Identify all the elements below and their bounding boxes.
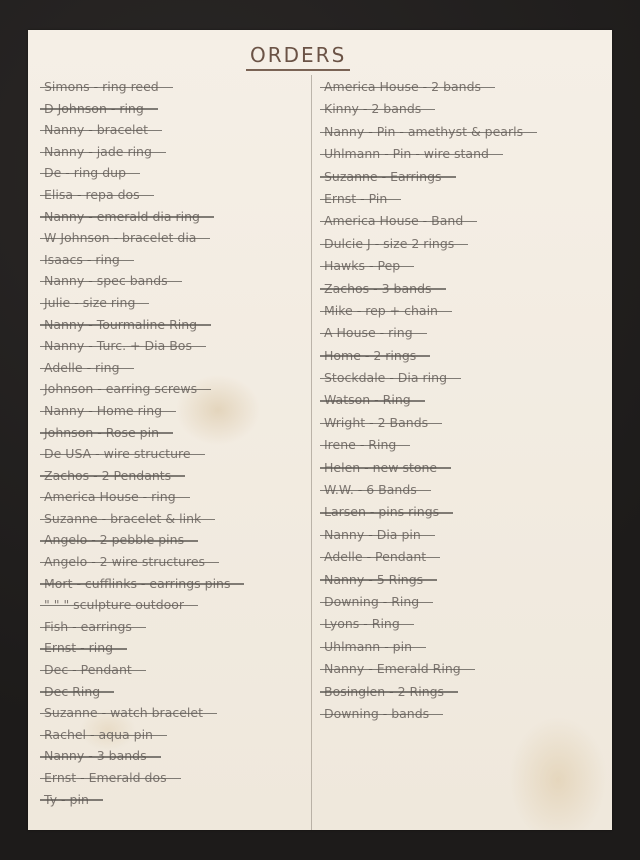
order-entry-text: W Johnson - bracelet dia [44, 230, 202, 245]
order-entry: Angelo - 2 wire structures [44, 551, 306, 573]
order-entry: Elisa - repa dos [44, 184, 306, 206]
order-entry: Suzanne - Earrings [324, 166, 604, 188]
order-entry-text: Lyons - Ring [324, 616, 406, 631]
order-entry: Zachos - 3 bands [324, 278, 604, 300]
order-entry-text: Ty - pin [44, 792, 95, 807]
order-entry-text: Suzanne - watch bracelet [44, 705, 209, 720]
order-entry: Nanny - spec bands [44, 270, 306, 292]
order-entry: Johnson - Rose pin [44, 422, 306, 444]
order-entry: Stockdale - Dia ring [324, 367, 604, 389]
order-entry: Adelle - Pendant [324, 546, 604, 568]
order-entry-text: Hawks - Pep [324, 258, 406, 273]
order-entry-text: " " " sculpture outdoor [44, 597, 190, 612]
order-entry: Ty - pin [44, 789, 306, 811]
order-entry: America House - ring [44, 486, 306, 508]
order-entry-text: Zachos - 3 bands [324, 281, 438, 296]
order-entry-text: Rachel - aqua pin [44, 727, 159, 742]
order-entry: Dulcie J - size 2 rings [324, 233, 604, 255]
order-entry-text: Downing - Ring [324, 594, 425, 609]
order-entry: America House - 2 bands [324, 76, 604, 98]
order-entry: Nanny - Home ring [44, 400, 306, 422]
order-entry-text: Mort - cufflinks - earrings pins [44, 576, 236, 591]
order-entry-text: Nanny - Dia pin [324, 527, 427, 542]
order-entry-text: Simons - ring reed [44, 79, 165, 94]
order-entry: Johnson - earring screws [44, 378, 306, 400]
order-entry-text: Home - 2 rings [324, 348, 422, 363]
order-entry: Simons - ring reed [44, 76, 306, 98]
order-entry: Nanny - Turc. + Dia Bos [44, 335, 306, 357]
order-entry: Fish - earrings [44, 616, 306, 638]
order-entry: A House - ring [324, 322, 604, 344]
order-entry: Isaacs - ring [44, 249, 306, 271]
order-entry: Lyons - Ring [324, 613, 604, 635]
order-entry-text: Nanny - bracelet [44, 122, 154, 137]
order-entry-text: Nanny - 3 bands [44, 748, 153, 763]
order-entry-text: Dec - Pendant [44, 662, 138, 677]
order-entry: Nanny - 5 Rings [324, 569, 604, 591]
order-entry: Dec - Pendant [44, 659, 306, 681]
order-entry: Bosinglen - 2 Rings [324, 681, 604, 703]
order-entry-text: Fish - earrings [44, 619, 138, 634]
order-entry-text: Julie - size ring [44, 295, 141, 310]
order-entry-text: Nanny - jade ring [44, 144, 158, 159]
order-entry-text: Nanny - 5 Rings [324, 572, 429, 587]
order-entry: Hawks - Pep [324, 255, 604, 277]
order-entry: De USA - wire structure [44, 443, 306, 465]
order-entry: Larsen - pins rings [324, 501, 604, 523]
order-entry-text: Downing - bands [324, 706, 435, 721]
order-entry: Nanny - emerald dia ring [44, 206, 306, 228]
order-entry-text: Watson - Ring [324, 392, 417, 407]
order-entry: Ernst - Pin [324, 188, 604, 210]
order-entry: Irene - Ring [324, 434, 604, 456]
order-entry-text: De - ring dup [44, 165, 132, 180]
order-entry: Suzanne - watch bracelet [44, 702, 306, 724]
order-entry: Adelle - ring [44, 357, 306, 379]
order-entry-text: Nanny - emerald dia ring [44, 209, 206, 224]
order-entry: Helen - new stone [324, 457, 604, 479]
order-entry: Watson - Ring [324, 389, 604, 411]
order-entry-text: Larsen - pins rings [324, 504, 445, 519]
order-entry-text: Angelo - 2 wire structures [44, 554, 211, 569]
order-entry-text: Angelo - 2 pebble pins [44, 532, 190, 547]
order-entry-text: Suzanne - Earrings [324, 169, 448, 184]
order-entry: Mort - cufflinks - earrings pins [44, 573, 306, 595]
order-entry-text: Nanny - Home ring [44, 403, 168, 418]
order-entry-text: Nanny - spec bands [44, 273, 174, 288]
order-entry: Nanny - 3 bands [44, 745, 306, 767]
order-entry-text: America House - 2 bands [324, 79, 487, 94]
order-entry-text: Mike - rep + chain [324, 303, 444, 318]
order-entry: Ernst - Emerald dos [44, 767, 306, 789]
order-entry-text: Ernst - ring [44, 640, 119, 655]
order-entry-text: Johnson - Rose pin [44, 425, 165, 440]
order-entry-text: W.W. - 6 Bands [324, 482, 423, 497]
order-entry-text: Nanny - Emerald Ring [324, 661, 467, 676]
order-entry: Julie - size ring [44, 292, 306, 314]
order-entry: Nanny - Dia pin [324, 524, 604, 546]
order-entry: Nanny - Tourmaline Ring [44, 314, 306, 336]
order-entry: Rachel - aqua pin [44, 724, 306, 746]
order-entry-text: Uhlmann - pin [324, 639, 418, 654]
order-entry: Nanny - Emerald Ring [324, 658, 604, 680]
order-entry-text: A House - ring [324, 325, 419, 340]
order-entry: Zachos - 2 Pendants [44, 465, 306, 487]
order-entry: Nanny - bracelet [44, 119, 306, 141]
order-entry: Uhlmann - Pin - wire stand [324, 143, 604, 165]
order-entry-text: Ernst - Emerald dos [44, 770, 173, 785]
order-entry: Uhlmann - pin [324, 636, 604, 658]
order-entry-text: Kinny - 2 bands [324, 101, 427, 116]
order-entry-text: Nanny - Pin - amethyst & pearls [324, 124, 529, 139]
order-entry-text: Helen - new stone [324, 460, 443, 475]
order-entry-text: Nanny - Tourmaline Ring [44, 317, 203, 332]
order-entry: America House - Band [324, 210, 604, 232]
order-entry: De - ring dup [44, 162, 306, 184]
order-entry-text: Nanny - Turc. + Dia Bos [44, 338, 198, 353]
order-entry-text: Dec Ring [44, 684, 106, 699]
order-entry-text: D Johnson - ring [44, 101, 150, 116]
column-divider [311, 75, 312, 830]
order-entry: W Johnson - bracelet dia [44, 227, 306, 249]
order-entry-text: De USA - wire structure [44, 446, 197, 461]
order-entry: Downing - Ring [324, 591, 604, 613]
order-entry: W.W. - 6 Bands [324, 479, 604, 501]
left-column: Simons - ring reedD Johnson - ringNanny … [44, 76, 306, 810]
order-entry: Angelo - 2 pebble pins [44, 529, 306, 551]
order-entry-text: Wright - 2 Bands [324, 415, 434, 430]
order-entry: Home - 2 rings [324, 345, 604, 367]
page-title: ORDERS [246, 43, 350, 71]
order-entry: D Johnson - ring [44, 98, 306, 120]
order-entry: Ernst - ring [44, 637, 306, 659]
order-entry-text: Adelle - Pendant [324, 549, 432, 564]
order-entry-text: Adelle - ring [44, 360, 126, 375]
order-entry: Dec Ring [44, 681, 306, 703]
order-entry-text: Bosinglen - 2 Rings [324, 684, 450, 699]
order-entry-text: Zachos - 2 Pendants [44, 468, 177, 483]
order-entry-text: Stockdale - Dia ring [324, 370, 453, 385]
order-entry-text: Isaacs - ring [44, 252, 126, 267]
order-entry-text: Uhlmann - Pin - wire stand [324, 146, 495, 161]
order-entry: Downing - bands [324, 703, 604, 725]
order-entry-text: Dulcie J - size 2 rings [324, 236, 460, 251]
order-entry-text: Johnson - earring screws [44, 381, 203, 396]
order-entry-text: America House - ring [44, 489, 182, 504]
order-entry: " " " sculpture outdoor [44, 594, 306, 616]
order-entry: Wright - 2 Bands [324, 412, 604, 434]
orders-card: ORDERS Simons - ring reedD Johnson - rin… [28, 30, 612, 830]
order-entry-text: Ernst - Pin [324, 191, 393, 206]
order-entry: Nanny - jade ring [44, 141, 306, 163]
right-column: America House - 2 bandsKinny - 2 bandsNa… [324, 76, 604, 725]
order-entry-text: America House - Band [324, 213, 469, 228]
order-entry: Suzanne - bracelet & link [44, 508, 306, 530]
order-entry: Kinny - 2 bands [324, 98, 604, 120]
order-entry-text: Irene - Ring [324, 437, 402, 452]
order-entry-text: Suzanne - bracelet & link [44, 511, 207, 526]
order-entry: Mike - rep + chain [324, 300, 604, 322]
order-entry: Nanny - Pin - amethyst & pearls [324, 121, 604, 143]
order-entry-text: Elisa - repa dos [44, 187, 146, 202]
